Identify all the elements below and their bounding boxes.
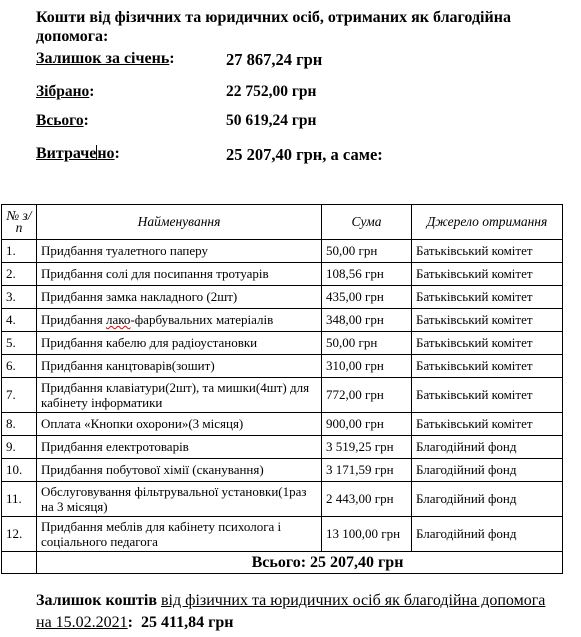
summary-spent: Витрачено: 25 207,40 грн, а саме:: [36, 145, 120, 163]
table-row: 2. Придбання солі для посипання тротуарі…: [2, 263, 563, 286]
summary-total: Всього: 50 619,24 грн: [36, 112, 89, 130]
table-row: 5. Придбання кабелю для радіоустановки 5…: [2, 332, 563, 355]
table-row: 6. Придбання канцтоварів(зошит) 310,00 г…: [2, 355, 563, 378]
table-total-row: Всього: 25 207,40 грн: [2, 552, 563, 574]
table-row: 7. Придбання клавіатури(2шт), та мишки(4…: [2, 378, 563, 413]
table-header-row: № з/п Найменування Сума Джерело отриманн…: [2, 205, 563, 240]
spent-value: 25 207,40 грн, а саме:: [226, 145, 383, 165]
summary-balance: Залишок за січень: 27 867,24 грн: [36, 50, 175, 68]
table-row: 11. Обслуговування фільтрувальної устано…: [2, 482, 563, 517]
table-row: 8. Оплата «Кнопки охорони»(3 місяця) 900…: [2, 413, 563, 436]
total-value: 50 619,24 грн: [226, 112, 316, 130]
table-row: 12. Придбання меблів для кабінету психол…: [2, 517, 563, 552]
table-row: 10. Придбання побутової хімії (скануванн…: [2, 459, 563, 482]
table-row: 1. Придбання туалетного паперу 50,00 грн…: [2, 240, 563, 263]
summary-collected: Зібрано: 22 752,00 грн: [36, 83, 94, 101]
spent-label: Витрачено: [36, 145, 115, 162]
spellcheck-word: лако: [106, 312, 130, 327]
table-row: 3. Придбання замка накладного (2шт) 435,…: [2, 286, 563, 309]
table-row: 4. Придбання лако-фарбувальних матеріалі…: [2, 309, 563, 332]
header-num: № з/п: [2, 205, 37, 240]
remaining-balance: Залишок коштів від фізичних та юридичних…: [36, 590, 556, 634]
document-heading: Кошти від фізичних та юридичних осіб, от…: [36, 8, 556, 46]
collected-value: 22 752,00 грн: [226, 83, 316, 101]
balance-label: Залишок за січень: [36, 50, 169, 67]
expenses-table: № з/п Найменування Сума Джерело отриманн…: [1, 204, 563, 574]
table-total: Всього: 25 207,40 грн: [37, 552, 563, 574]
remaining-amount: 25 411,84 грн: [141, 614, 234, 631]
balance-value: 27 867,24 грн: [226, 50, 322, 70]
total-label: Всього: [36, 112, 84, 129]
collected-label: Зібрано: [36, 83, 89, 100]
header-source: Джерело отримання: [412, 205, 563, 240]
header-name: Найменування: [37, 205, 322, 240]
header-sum: Сума: [322, 205, 412, 240]
table-row: 9. Придбання електротоварів 3 519,25 грн…: [2, 436, 563, 459]
